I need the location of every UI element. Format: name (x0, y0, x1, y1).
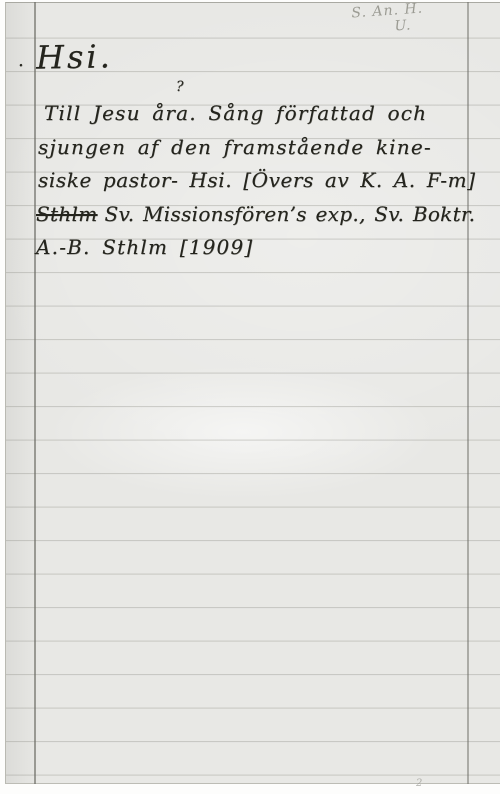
struck-word: Sthlm (36, 202, 97, 226)
scanned-catalog-card: S. An. H. U. . Hsi. ? Till Jesu åra. Sån… (0, 0, 500, 794)
heading-leading-dot: . (18, 52, 24, 70)
catalog-line-3: siske pastor- Hsi. [Övers av K. A. F-m] (38, 170, 476, 190)
left-margin-line (34, 2, 36, 784)
correction-question-mark: ? (176, 80, 184, 94)
bottom-corner-pencil-mark: 2 (416, 778, 422, 789)
catalog-line-1: Till Jesu åra. Sång författad och (44, 103, 427, 123)
entry-heading: Hsi. (36, 40, 113, 73)
pencil-shelfmark-line2: U. (394, 17, 425, 35)
right-margin-line (467, 2, 469, 784)
catalog-line-5: A.-B. Sthlm [1909] (36, 237, 253, 257)
catalog-line-4: SthlmSv. Missionsfören’s exp., Sv. Boktr… (36, 204, 475, 224)
catalog-line-2: sjungen af den framstående kine- (38, 137, 432, 157)
pencil-shelfmark: S. An. H. U. (351, 1, 425, 38)
catalog-line-4-rest: Sv. Missionsfören’s exp., Sv. Boktr. (104, 202, 475, 226)
